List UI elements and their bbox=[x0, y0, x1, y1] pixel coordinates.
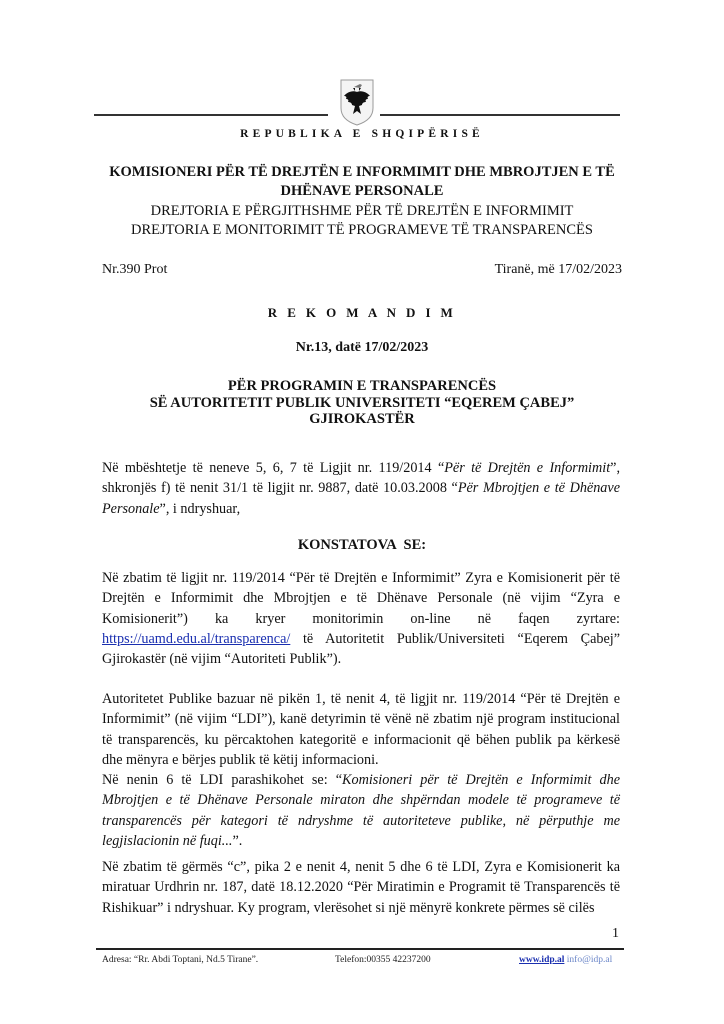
albanian-coat-of-arms-icon bbox=[338, 78, 376, 126]
footer-phone: Telefon:00355 42237200 bbox=[335, 955, 431, 965]
footer-rule bbox=[96, 948, 624, 950]
directorate-line: DREJTORIA E MONITORIMIT TË PROGRAMEVE TË… bbox=[60, 221, 664, 240]
document-page: REPUBLIKA E SHQIPËRISË KOMISIONERI PËR T… bbox=[0, 0, 724, 1024]
recommendation-subject: PËR PROGRAMIN E TRANSPARENCËS SË AUTORIT… bbox=[60, 378, 664, 428]
place-date: Tiranë, më 17/02/2023 bbox=[495, 262, 622, 278]
subject-line: GJIROKASTËR bbox=[60, 411, 664, 428]
recommendation-number: Nr.13, datë 17/02/2023 bbox=[0, 340, 724, 356]
institution-title: KOMISIONERI PËR TË DREJTËN E INFORMIMIT … bbox=[60, 163, 664, 201]
order-paragraph: Në zbatim të gërmës “c”, pika 2 e nenit … bbox=[102, 857, 620, 918]
website-link[interactable]: www.idp.al bbox=[519, 955, 564, 965]
country-name: REPUBLIKA E SHQIPËRISË bbox=[0, 128, 724, 140]
protocol-number: Nr.390 Prot bbox=[102, 262, 167, 278]
footer-address: Adresa: “Rr. Abdi Toptani, Nd.5 Tirane”. bbox=[102, 955, 258, 965]
transparency-page-link[interactable]: https://uamd.edu.al/transparenca/ bbox=[102, 631, 290, 647]
footer-contacts: www.idp.al info@idp.al bbox=[519, 955, 612, 965]
subject-line: SË AUTORITETIT PUBLIK UNIVERSITETI “EQER… bbox=[60, 395, 664, 412]
monitoring-paragraph: Në zbatim të ligjit nr. 119/2014 “Për të… bbox=[102, 568, 620, 669]
legal-basis-paragraph: Në mbështetje të neneve 5, 6, 7 të Ligji… bbox=[102, 458, 620, 519]
subject-line: PËR PROGRAMIN E TRANSPARENCËS bbox=[60, 378, 664, 395]
obligation-paragraph: Autoritetet Publike bazuar në pikën 1, t… bbox=[102, 689, 620, 770]
institution-title-line: DHËNAVE PERSONALE bbox=[60, 182, 664, 201]
header-rule-left bbox=[94, 114, 328, 116]
protocol-row: Nr.390 Prot Tiranë, më 17/02/2023 bbox=[102, 262, 622, 278]
institution-title-line: KOMISIONERI PËR TË DREJTËN E INFORMIMIT … bbox=[60, 163, 664, 182]
article-6-paragraph: Në nenin 6 të LDI parashikohet se: “Komi… bbox=[102, 770, 620, 851]
page-number: 1 bbox=[612, 926, 619, 942]
directorate-lines: DREJTORIA E PËRGJITHSHME PËR TË DREJTËN … bbox=[60, 202, 664, 240]
document-type-title: R E K O M A N D I M bbox=[0, 305, 724, 321]
header-rule-right bbox=[380, 114, 620, 116]
email-link[interactable]: info@idp.al bbox=[567, 955, 612, 965]
directorate-line: DREJTORIA E PËRGJITHSHME PËR TË DREJTËN … bbox=[60, 202, 664, 221]
section-heading: KONSTATOVA SE: bbox=[0, 537, 724, 554]
